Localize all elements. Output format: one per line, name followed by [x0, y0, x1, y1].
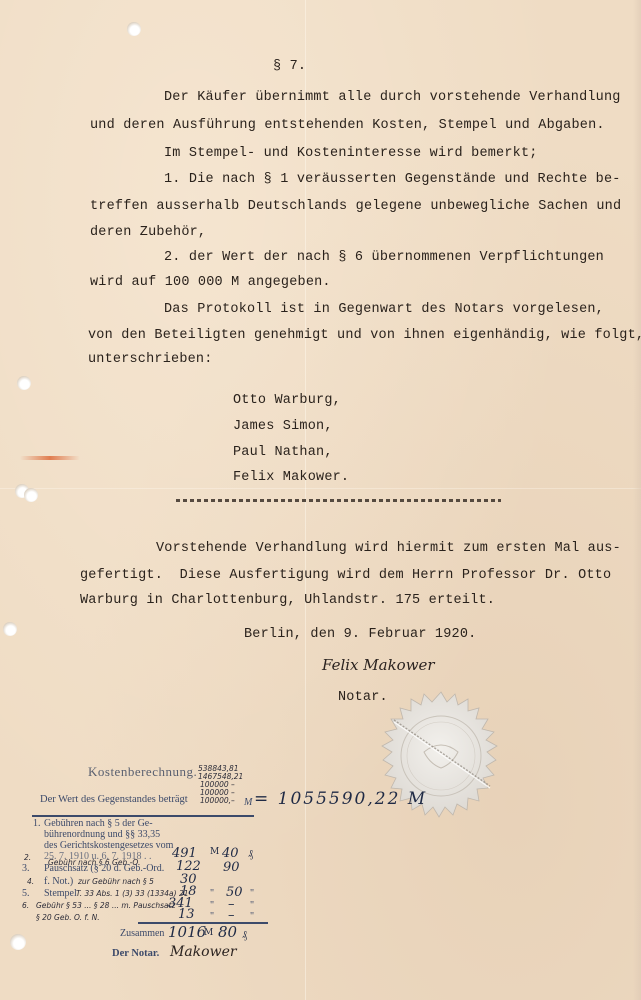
ditto-mark: " — [250, 911, 254, 922]
ditto-mark: " — [210, 911, 214, 922]
divider-line — [32, 815, 254, 817]
currency-symbol: M — [210, 847, 219, 857]
value-label: Der Wert des Gegenstandes beträgt — [40, 794, 188, 805]
total-mark: 1016 — [168, 923, 206, 941]
closing-line: gefertigt. Diese Ausfertigung wird dem H… — [80, 568, 611, 583]
pfennig-symbol: ₰ — [242, 930, 247, 941]
item-label: Pauschsatz (§ 20 d. Geb.-Ord. — [44, 863, 164, 874]
item-number: 6. — [22, 901, 29, 910]
notary-signature: Felix Makower — [322, 656, 435, 674]
item-note: § 20 Geb. O. f. N. — [36, 913, 100, 922]
signatory-name: Felix Makower. — [233, 470, 349, 485]
rust-stain — [20, 456, 80, 460]
paragraph-line: und deren Ausführung entstehenden Kosten… — [90, 118, 605, 133]
item-label: des Gerichtskostengesetzes vom — [44, 840, 173, 851]
item-label: Gebühren nach § 5 der Ge- — [44, 818, 153, 829]
pencil-sum: 100000,– — [200, 796, 235, 805]
total-label: Zusammen — [120, 928, 164, 939]
item-number: 1. — [33, 818, 41, 829]
total-pfennig: 80 — [218, 923, 237, 941]
punch-hole-icon — [24, 488, 38, 502]
item-label: bührenordnung und §§ 33,35 — [44, 829, 160, 840]
fold-crease-horizontal — [0, 488, 641, 489]
list-item-line: treffen ausserhalb Deutschlands gelegene… — [90, 199, 621, 214]
paper-edge — [633, 0, 641, 1000]
list-item-line: deren Zubehör, — [90, 225, 206, 240]
currency-symbol: M — [204, 928, 213, 938]
pfennig-symbol: ₰ — [248, 849, 253, 860]
cost-title: Kostenberechnung. — [88, 764, 197, 780]
place-date: Berlin, den 9. Februar 1920. — [244, 627, 476, 642]
item-number: 2. — [24, 853, 31, 862]
ditto-mark: " — [210, 888, 214, 899]
item-note: Gebühr § 53 ... § 28 ... m. Pauschsatz — [36, 901, 175, 910]
item-mark: 13 — [178, 907, 195, 922]
signatory-name: Paul Nathan, — [233, 445, 333, 460]
notary-label: Der Notar. — [112, 948, 159, 959]
signatory-name: James Simon, — [233, 419, 333, 434]
list-item-line: 2. der Wert der nach § 6 übernommenen Ve… — [164, 250, 604, 265]
item-pfennig: 90 — [223, 860, 240, 875]
paragraph-line: Das Protokoll ist in Gegenwart des Notar… — [164, 302, 604, 317]
value-unit: M — [244, 797, 252, 808]
section-heading: § 7. — [273, 59, 306, 74]
item-number: 3. — [22, 863, 30, 874]
list-item-line: 1. Die nach § 1 veräusserten Gegenstände… — [164, 172, 621, 187]
ditto-mark: " — [250, 900, 254, 911]
closing-line: Warburg in Charlottenburg, Uhlandstr. 17… — [80, 593, 495, 608]
item-pfennig: 40 — [222, 846, 239, 861]
punch-hole-icon — [17, 376, 31, 390]
punch-hole-icon — [127, 22, 141, 36]
value-amount: = 1055590,22 M — [254, 789, 427, 809]
item-label: Stempel — [44, 888, 77, 899]
item-label: f. Not.) — [44, 876, 73, 887]
punch-hole-icon — [10, 934, 26, 950]
closing-line: Vorstehende Verhandlung wird hiermit zum… — [156, 541, 621, 556]
item-note: zur Gebühr nach § 5 — [78, 877, 154, 886]
dashed-separator — [176, 499, 501, 502]
item-number: 4. — [27, 877, 34, 886]
punch-hole-icon — [3, 622, 17, 636]
paragraph-line: Im Stempel- und Kosteninteresse wird bem… — [164, 146, 538, 161]
ditto-mark: " — [250, 888, 254, 899]
paragraph-line: von den Beteiligten genehmigt und von ih… — [88, 328, 641, 343]
item-number: 5. — [22, 888, 30, 899]
item-pfennig: – — [228, 908, 235, 923]
notary-signature-cost: Makower — [170, 944, 237, 960]
list-item-line: wird auf 100 000 M angegeben. — [90, 275, 331, 290]
paragraph-line: Der Käufer übernimmt alle durch vorstehe… — [164, 90, 621, 105]
paragraph-line: unterschrieben: — [88, 352, 213, 367]
signatory-name: Otto Warburg, — [233, 393, 341, 408]
ditto-mark: " — [210, 900, 214, 911]
